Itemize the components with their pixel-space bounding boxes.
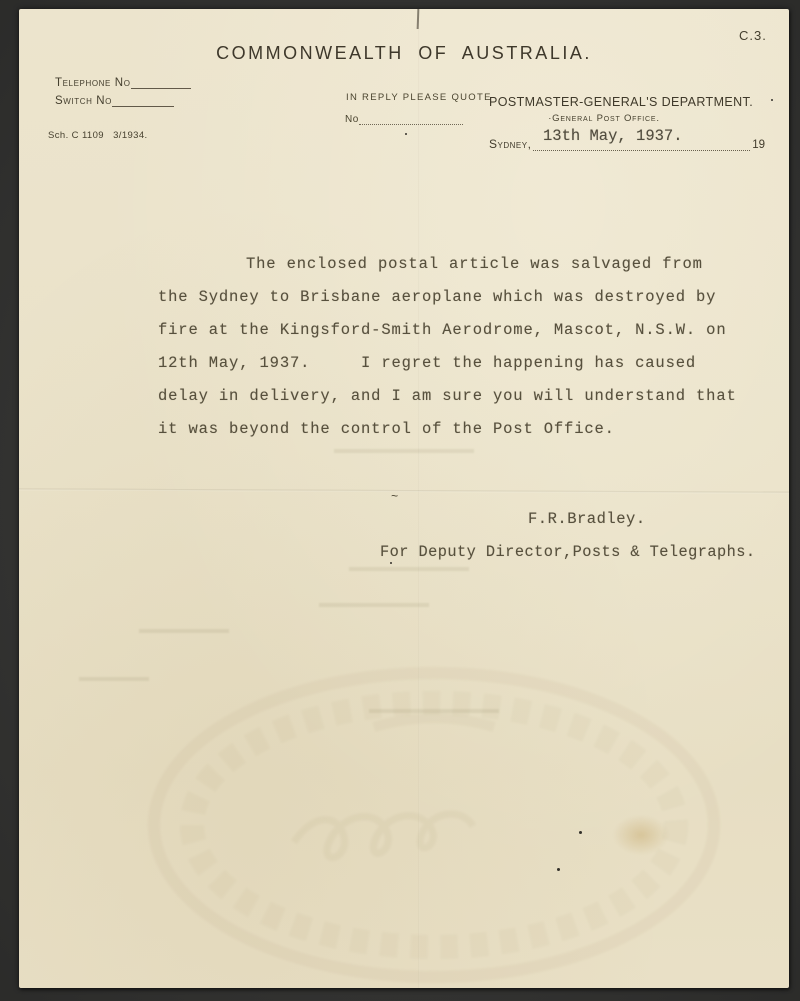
telephone-blank-line: [131, 75, 191, 89]
place-label: Sydney,: [489, 137, 531, 151]
ink-speck: [557, 868, 560, 871]
ink-speck: [405, 133, 407, 135]
switch-blank-line: [112, 93, 174, 107]
telephone-field: Telephone No: [55, 75, 191, 89]
show-through-text-line: [79, 677, 149, 681]
letterhead-title: COMMONWEALTH OF AUSTRALIA.: [19, 43, 789, 64]
paper-stain: [613, 815, 669, 855]
body-line-3: fire at the Kingsford-Smith Aerodrome, M…: [158, 321, 726, 339]
body-line-2: the Sydney to Brisbane aeroplane which w…: [158, 288, 716, 306]
letter-paper: C.3. COMMONWEALTH OF AUSTRALIA. Telephon…: [19, 9, 789, 988]
signature-role: For Deputy Director,Posts & Telegraphs.: [380, 543, 756, 561]
form-code: C.3.: [739, 28, 795, 43]
department-name: POSTMASTER-GENERAL'S DEPARTMENT.: [489, 95, 789, 109]
show-through-text-line: [139, 629, 229, 633]
show-through-text-line: [334, 449, 474, 453]
ink-speck: [579, 831, 582, 834]
body-line-1: The enclosed postal article was salvaged…: [246, 255, 703, 273]
reply-number-field: No: [345, 112, 463, 125]
form-reference: Sch. C 1109 3/1934.: [48, 130, 148, 141]
reply-number-blank-line: [359, 112, 463, 125]
ink-speck: [771, 99, 773, 101]
show-through-text-line: [319, 603, 429, 607]
telephone-label: Telephone No: [55, 77, 131, 89]
switch-field: Switch No: [55, 93, 174, 107]
body-line-5: delay in delivery, and I am sure you wil…: [158, 387, 737, 405]
switch-label: Switch No: [55, 95, 112, 107]
horizontal-fold-crease: [19, 488, 789, 493]
typed-date: 13th May, 1937.: [543, 127, 683, 145]
ink-speck: [390, 562, 392, 564]
show-through-text-line: [369, 709, 499, 713]
body-line-6: it was beyond the control of the Post Of…: [158, 420, 615, 438]
stray-typed-mark: ~: [391, 496, 400, 499]
reply-number-label: No: [345, 114, 359, 125]
signature-name: F.R.Bradley.: [528, 510, 646, 528]
show-through-text-line: [349, 567, 469, 571]
body-line-4: 12th May, 1937. I regret the happening h…: [158, 354, 696, 372]
office-name: ·General Post Office.: [489, 113, 719, 124]
year-prefix-19: 19: [752, 139, 765, 151]
